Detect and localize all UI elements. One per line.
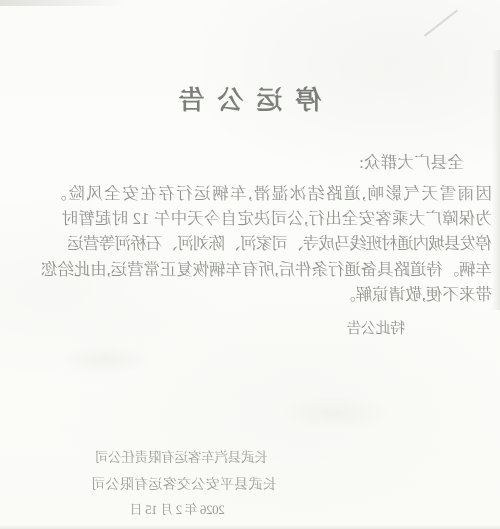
signature-company-1: 长武县汽车客运有限责任公司 (0, 448, 500, 467)
signature-company-2: 长武县平安公交客运有限公司 (0, 476, 500, 495)
scanned-notice-page: 停运公告 全县广大群众: 因雨雪天气影响,道路结冰湿滑,车辆运行存在安全风险。 … (0, 0, 500, 529)
notice-date: 2026 年 2 月 15 日 (0, 500, 500, 519)
body-line: 带来不便,敬请谅解。 (35, 282, 492, 307)
body-line: 车辆。待道路具备通行条件后,所有车辆恢复正常营运,由此给您 (35, 257, 492, 282)
body-line: 停发县城内通村班线马成寺、司家河、陈刘河、石桥河等营运 (35, 231, 492, 256)
salutation-line: 全县广大群众: (0, 152, 464, 174)
closing-phrase: 特此公告 (0, 318, 405, 340)
notice-title: 停运公告 (0, 85, 500, 117)
notice-body: 因雨雪天气影响,道路结冰湿滑,车辆运行存在安全风险。 为保障广大乘客安全出行,公… (35, 181, 492, 307)
body-line: 为保障广大乘客安全出行,公司决定自今天中午 12 时起暂时 (35, 206, 492, 231)
notice-document: 停运公告 全县广大群众: 因雨雪天气影响,道路结冰湿滑,车辆运行存在安全风险。 … (0, 0, 500, 529)
body-line: 因雨雪天气影响,道路结冰湿滑,车辆运行存在安全风险。 (35, 181, 492, 206)
